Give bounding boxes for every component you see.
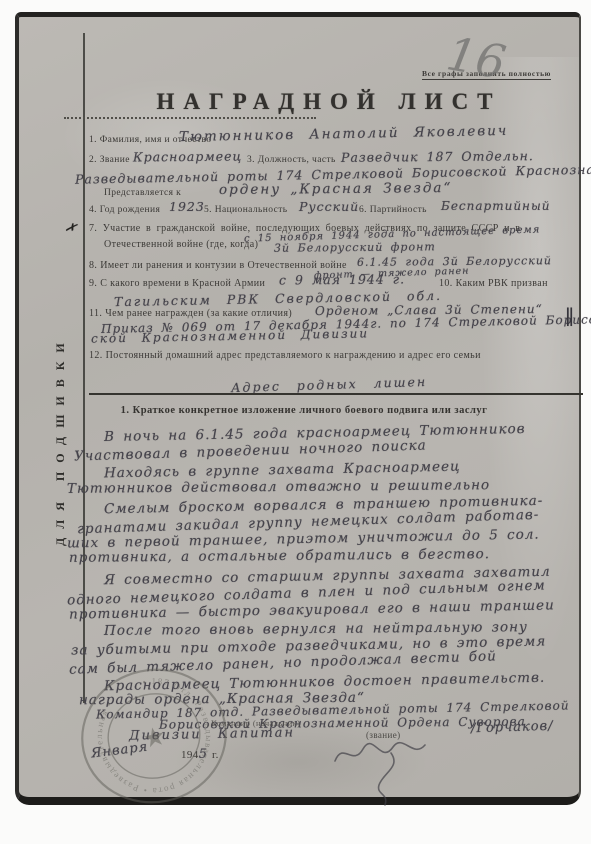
field-7-label-line2: Отечественной войне (где, когда) — [104, 239, 258, 250]
margin-cross-mark: ✗ — [63, 220, 79, 238]
field-9-value: с 9 мая 1944 г. — [279, 271, 405, 287]
field-8-label: 8. Имеет ли ранения и контузии в Отечест… — [89, 260, 347, 271]
field-3-label: 3. Должность, часть — [247, 155, 336, 165]
field-2-label: 2. Звание — [89, 155, 130, 165]
feat-section-heading: 1. Краткое конкретное изложение личного … — [89, 405, 519, 416]
field-3-value: Разведчик 187 Отдельн. — [341, 148, 534, 165]
field-12-value: Адрес родных лишен — [231, 374, 428, 395]
field-7-value-line2: 3й Белорусский фронт — [274, 240, 436, 254]
presented-to-value: ордену „Красная Звезда“ — [219, 180, 452, 198]
title-underline-dots — [64, 117, 316, 119]
field-5-value: Русский — [299, 199, 359, 214]
star-icon: ★ — [140, 721, 169, 754]
presented-to-label: Представляется к — [104, 188, 181, 198]
field-5-label: 5. Национальность — [204, 205, 288, 215]
filing-margin-label: ДЛЯ ПОДШИВКИ — [53, 275, 68, 605]
field-12-label: 12. Постоянный домашний адрес представля… — [89, 350, 481, 361]
document-paper: ДЛЯ ПОДШИВКИ ✗ Все графы заполнять полно… — [15, 12, 581, 805]
feat-line: противника, а остальные обратились в бег… — [69, 546, 490, 566]
field-9-label: 9. С какого времени в Красной Армии — [89, 278, 265, 289]
page-number-pencil: 16 — [443, 26, 510, 89]
official-stamp: • 187 Отд. Разведывательная рота • Разве… — [60, 647, 247, 825]
signer-name: /Горчаков/ — [471, 719, 554, 737]
field-4-label: 4. Год рождения — [89, 205, 160, 215]
section-divider-line — [89, 393, 583, 395]
field-1-value: Тютюнников Анатолий Яковлевич — [179, 123, 508, 145]
field-4-value: 1923 — [169, 199, 205, 214]
field-6-label: 6. Партийность — [359, 205, 427, 215]
feat-line: Тютюнников действовал отважно и решитель… — [67, 477, 490, 497]
field-11-label: 11. Чем ранее награжден (за какие отличи… — [89, 308, 292, 319]
field-6-value: Беспартийный — [441, 199, 550, 213]
signature-scrawl — [331, 733, 431, 813]
field-10-label: 10. Каким РВК призван — [439, 278, 548, 289]
document-title: НАГРАДНОЙ ЛИСТ — [89, 89, 569, 115]
margin-double-tick: ∥ — [565, 305, 575, 329]
field-2-value: Красноармеец — [133, 149, 242, 165]
